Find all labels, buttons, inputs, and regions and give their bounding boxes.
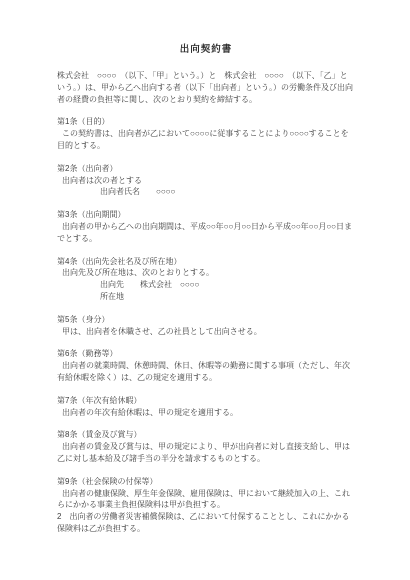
article-6: 第6条（勤務等） 出向者の就業時間、休憩時間、休日、休暇等の勤務に関する事項（た… [57, 348, 355, 383]
article-paragraph: 出向者の就業時間、休憩時間、休日、休暇等の勤務に関する事項（ただし、年次有給休暇… [57, 360, 355, 384]
article-7: 第7条（年次有給休暇） 出向者の年次有給休暇は、甲の規定を適用する。 [57, 395, 355, 419]
article-2: 第2条（出向者） 出向者は次の者とする 出向者氏名 ○○○○ [57, 163, 355, 198]
article-heading: 第8条（賃金及び賞与） [57, 429, 355, 441]
article-heading: 第2条（出向者） [57, 163, 355, 175]
article-heading: 第3条（出向期間） [57, 209, 355, 221]
article-paragraph: 出向者の年次有給休暇は、甲の規定を適用する。 [57, 407, 355, 419]
article-5: 第5条（身分） 甲は、出向者を休職させ、乙の社員として出向させる。 [57, 314, 355, 338]
article-heading: 第9条（社会保険の付保等） [57, 476, 355, 488]
article-paragraph: 出向先及び所在地は、次のとおりとする。 [57, 267, 355, 279]
document-title: 出向契約書 [57, 44, 355, 56]
article-paragraph: 出向者の賃金及び賞与は、甲の規定により、甲が出向者に対し直接支給し、甲は乙に対し… [57, 441, 355, 465]
article-paragraph: 出向者の健康保険、厚生年金保険、雇用保険は、甲において継続加入の上、これらにかか… [57, 488, 355, 512]
article-paragraph: 出向者は次の者とする [57, 175, 355, 187]
article-8: 第8条（賃金及び賞与） 出向者の賃金及び賞与は、甲の規定により、甲が出向者に対し… [57, 429, 355, 464]
article-1: 第1条（目的） この契約書は、出向者が乙において○○○○に従事することにより○○… [57, 116, 355, 151]
article-paragraph-indented: 出向先 株式会社 ○○○○ [57, 279, 355, 291]
article-paragraph-indented: 所在地 [57, 291, 355, 303]
article-paragraph: この契約書は、出向者が乙において○○○○に従事することにより○○○○することを目… [57, 128, 355, 152]
article-heading: 第6条（勤務等） [57, 348, 355, 360]
article-paragraph: 甲は、出向者を休職させ、乙の社員として出向させる。 [57, 326, 355, 338]
preamble: 株式会社 ○○○○ （以下、「甲」という。）と 株式会社 ○○○○ （以下、「乙… [57, 70, 355, 105]
article-paragraph-clause2: 2 出向者の労働者災害補償保険は、乙において付保することとし、これにかかる保険料… [57, 511, 355, 535]
article-3: 第3条（出向期間） 出向者の甲から乙への出向期間は、平成○○年○○月○○日から平… [57, 209, 355, 244]
document-page: 出向契約書 株式会社 ○○○○ （以下、「甲」という。）と 株式会社 ○○○○ … [0, 0, 410, 580]
article-4: 第4条（出向先会社名及び所在地） 出向先及び所在地は、次のとおりとする。 出向先… [57, 256, 355, 303]
document-body: 株式会社 ○○○○ （以下、「甲」という。）と 株式会社 ○○○○ （以下、「乙… [57, 70, 355, 535]
article-heading: 第1条（目的） [57, 116, 355, 128]
article-heading: 第7条（年次有給休暇） [57, 395, 355, 407]
article-heading: 第5条（身分） [57, 314, 355, 326]
article-heading: 第4条（出向先会社名及び所在地） [57, 256, 355, 268]
article-paragraph: 出向者の甲から乙への出向期間は、平成○○年○○月○○日から平成○○年○○月○○日… [57, 221, 355, 245]
article-9: 第9条（社会保険の付保等） 出向者の健康保険、厚生年金保険、雇用保険は、甲におい… [57, 476, 355, 535]
article-paragraph-indented: 出向者氏名 ○○○○ [57, 186, 355, 198]
